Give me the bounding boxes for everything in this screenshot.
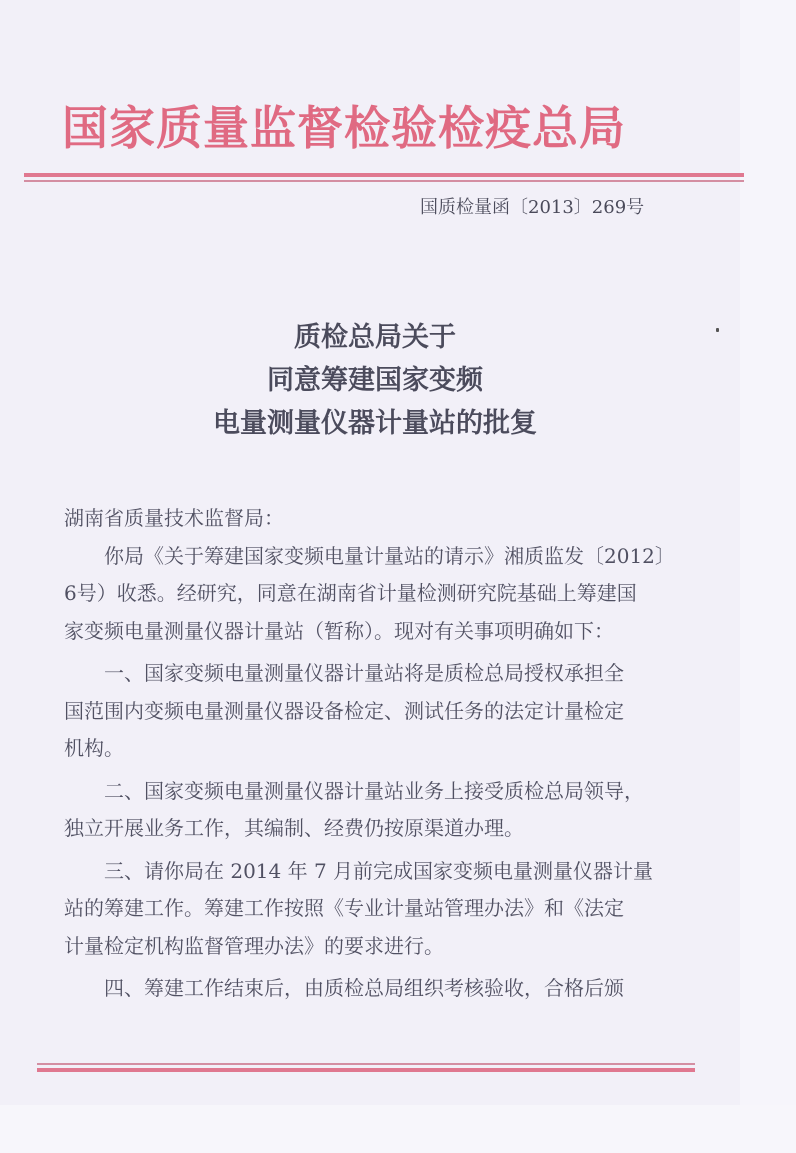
paragraph-intro-line-3: 家变频电量测量仪器计量站（暂称）。现对有关事项明确如下：	[64, 613, 724, 651]
item-3-line-1: 三、请你局在 2014 年 7 月前完成国家变频电量测量仪器计量	[64, 853, 724, 891]
item-3-line-2: 站的筹建工作。筹建工作按照《专业计量站管理办法》和《法定	[64, 890, 724, 928]
item-1-line-1: 一、国家变频电量测量仪器计量站将是质检总局授权承担全	[64, 655, 724, 693]
footer-rule-thick	[37, 1068, 695, 1072]
document-title-line-2: 同意筹建国家变频	[150, 359, 600, 402]
item-4-line-1: 四、筹建工作结束后，由质检总局组织考核验收，合格后颁	[64, 970, 724, 1008]
recipient-line: 湖南省质量技术监督局：	[64, 500, 724, 538]
document-title-line-1: 质检总局关于	[150, 316, 600, 359]
scan-bottom-shade	[0, 1105, 796, 1153]
item-2-line-2: 独立开展业务工作，其编制、经费仍按原渠道办理。	[64, 810, 724, 848]
footer-rule-thin	[37, 1063, 695, 1065]
paragraph-intro-line-2: 6号）收悉。经研究，同意在湖南省计量检测研究院基础上筹建国	[64, 575, 724, 613]
document-number: 国质检量函〔2013〕269号	[420, 194, 644, 222]
scan-speck	[716, 328, 719, 332]
item-1-line-3: 机构。	[64, 730, 724, 768]
document-body: 湖南省质量技术监督局： 你局《关于筹建国家变频电量计量站的请示》湘质监发〔201…	[64, 500, 724, 1008]
letterhead-agency-name: 国家质量监督检验检疫总局	[62, 98, 682, 158]
document-title-line-3: 电量测量仪器计量站的批复	[150, 402, 600, 445]
letterhead-rule-thin	[24, 180, 744, 182]
scan-edge-shade	[740, 0, 796, 1153]
document-title: 质检总局关于 同意筹建国家变频 电量测量仪器计量站的批复	[150, 316, 600, 445]
item-2-line-1: 二、国家变频电量测量仪器计量站业务上接受质检总局领导，	[64, 773, 724, 811]
paragraph-intro-line-1: 你局《关于筹建国家变频电量计量站的请示》湘质监发〔2012〕	[64, 538, 724, 576]
item-1-line-2: 国范围内变频电量测量仪器设备检定、测试任务的法定计量检定	[64, 693, 724, 731]
item-3-line-3: 计量检定机构监督管理办法》的要求进行。	[64, 928, 724, 966]
letterhead-rule-thick	[24, 173, 744, 177]
